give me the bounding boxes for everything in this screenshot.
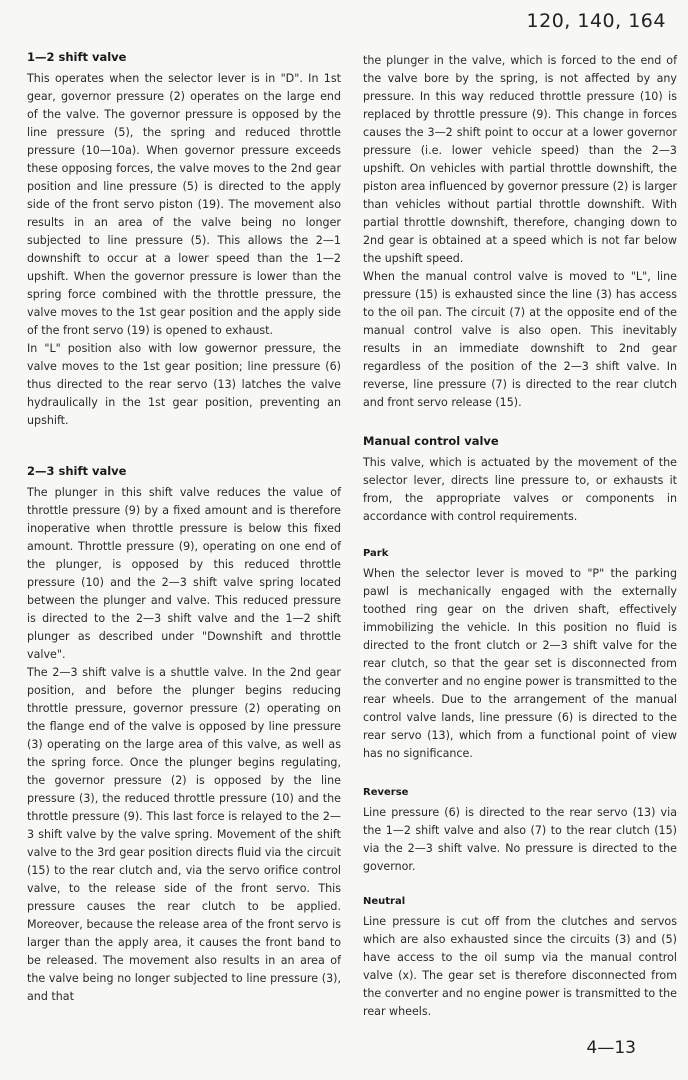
section-reverse: Reverse Line pressure (6) is directed to… [363,787,677,876]
section-title: Manual control valve [363,434,677,448]
continuation-text: the plunger in the valve, which is force… [363,52,677,412]
paragraph: Line pressure (6) is directed to the rea… [363,804,677,876]
section-title: 1—2 shift valve [27,50,341,64]
page-number: 4—13 [587,1038,636,1058]
paragraph: Line pressure is cut off from the clutch… [363,913,677,1021]
paragraph: When the manual control valve is moved t… [363,268,677,412]
paragraph: In "L" position also with low gowernor p… [27,340,341,430]
paragraph: This valve, which is actuated by the mov… [363,454,677,526]
paragraph: The plunger in this shift valve reduces … [27,484,341,664]
paragraph: the plunger in the valve, which is force… [363,52,677,268]
left-column: 1—2 shift valve This operates when the s… [27,50,341,1006]
section-park: Park When the selector lever is moved to… [363,548,677,763]
paragraph: This operates when the selector lever is… [27,70,341,340]
section-title: Neutral [363,896,677,907]
section-manual-control-valve: Manual control valve This valve, which i… [363,434,677,526]
section-title: 2—3 shift valve [27,464,341,478]
right-column: the plunger in the valve, which is force… [363,52,677,1021]
section-title: Reverse [363,787,677,798]
paragraph: The 2—3 shift valve is a shuttle valve. … [27,664,341,1006]
section-1-2-shift-valve: 1—2 shift valve This operates when the s… [27,50,341,430]
section-title: Park [363,548,677,559]
section-2-3-shift-valve: 2—3 shift valve The plunger in this shif… [27,464,341,1006]
paragraph: When the selector lever is moved to "P" … [363,565,677,763]
page-header-models: 120, 140, 164 [527,10,666,32]
section-neutral: Neutral Line pressure is cut off from th… [363,896,677,1021]
